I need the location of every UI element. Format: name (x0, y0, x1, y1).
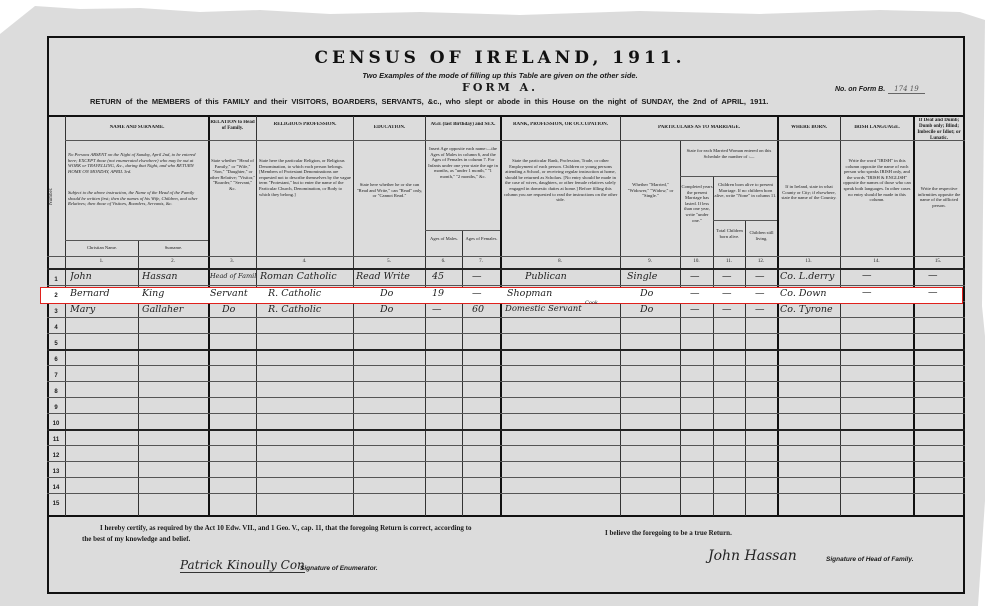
head-of-family-signature: John Hassan (708, 548, 797, 564)
name-instructions-1: No Persons ABSENT on the Night of Sunday… (68, 152, 206, 174)
form-title: CENSUS OF IRELAND, 1911. (0, 48, 1000, 68)
row1-irish: — (862, 270, 902, 281)
row2-age-female: — (472, 288, 498, 299)
col-divider (620, 116, 621, 516)
married-woman-instructions: State for each Married Woman entered on … (681, 148, 777, 159)
where-born-instructions: If in Ireland, state in what County or C… (780, 184, 838, 201)
form-b-number: No. on Form B.174 19 (835, 85, 925, 93)
row3-total: — (722, 304, 744, 315)
col-divider (353, 116, 354, 516)
row-number: 14 (47, 485, 65, 491)
age-females-header: Ages of Females. (463, 236, 500, 242)
enumerator-signature-label: Signature of Enumerator. (300, 565, 378, 572)
col-divider (840, 116, 841, 516)
col-divider (462, 230, 463, 516)
row3-relation: Do (222, 304, 256, 315)
row3-living: — (755, 304, 777, 315)
row1-total: — (722, 271, 744, 282)
row2-years: — (690, 288, 712, 299)
age-header: AGE (last Birthday) and SEX. (426, 122, 500, 128)
where-born-header: WHERE BORN. (778, 125, 840, 131)
col-divider (713, 176, 714, 516)
col-divider (138, 240, 139, 516)
relation-header: RELATION to Head of Family. (209, 120, 256, 132)
relation-instructions: State whether "Head of Family," or "Wife… (209, 158, 256, 192)
row-number: 15 (47, 501, 65, 507)
header-divider (680, 176, 777, 177)
row-number: 5 (47, 341, 65, 347)
row2-irish: — (862, 287, 902, 298)
enumerator-certification: I hereby certify, as required by the Act… (82, 523, 472, 545)
marriage-header: PARTICULARS AS TO MARRIAGE. (621, 125, 777, 131)
marriage-instructions: Whether "Married," "Widower," "Widow," o… (621, 182, 680, 199)
irish-header: IRISH LANGUAGE. (841, 125, 913, 131)
row1-surname: Hassan (142, 271, 206, 282)
christian-name-header: Christian Name. (66, 245, 138, 251)
row2-relation: Servant (210, 288, 256, 299)
row3-education: Do (380, 304, 424, 315)
header-bottom (47, 268, 965, 270)
row-number: 3 (47, 309, 65, 315)
row-number: 11 (47, 437, 65, 443)
religion-instructions: State here the particular Religion, or R… (259, 158, 351, 197)
occupation-instructions: State the particular Rank, Profession, T… (503, 158, 618, 203)
row3-occupation-note: Cook (585, 300, 615, 306)
infirmity-instructions: Write the respective infirmities opposit… (915, 186, 963, 208)
row-number: 4 (47, 325, 65, 331)
education-instructions: State here whether he or she can "Read a… (356, 182, 423, 199)
row1-education: Read Write (356, 271, 424, 282)
row-number: 6 (47, 357, 65, 363)
name-header: NAME AND SURNAME. (66, 125, 208, 131)
age-males-header: Ages of Males. (426, 236, 462, 242)
header-divider (713, 220, 777, 221)
header-divider (47, 256, 965, 257)
row1-marriage: Single (627, 271, 679, 282)
row2-born: Co. Down (780, 288, 839, 299)
col-divider (777, 116, 779, 516)
form-subtitle: Two Examples of the mode of filling up t… (0, 71, 1000, 80)
row1-religion: Roman Catholic (260, 271, 352, 282)
children-living-header: Children still living. (746, 230, 777, 241)
col-divider (256, 116, 257, 516)
row1-occupation: Publican (525, 271, 619, 282)
row-number: 10 (47, 421, 65, 427)
children-born-header: Children born alive to present Marriage.… (714, 182, 777, 199)
row3-age-male: — (432, 304, 460, 315)
row2-religion: R. Catholic (268, 288, 352, 299)
head-of-family-signature-label: Signature of Head of Family. (826, 556, 914, 563)
row2-education: Do (380, 288, 424, 299)
row2-surname: King (142, 288, 206, 299)
col-divider (913, 116, 915, 516)
infirmity-header: If Deaf and Dumb; Dumb only; Blind; Imbe… (914, 118, 964, 142)
row1-living: — (755, 271, 777, 282)
age-instructions: Insert Age opposite each name:—the Ages … (427, 146, 499, 180)
education-header: EDUCATION. (354, 125, 425, 131)
row2-occupation: Shopman (507, 288, 619, 299)
header-divider (425, 230, 500, 231)
row1-age-male: 45 (432, 271, 460, 282)
row3-age-female: 60 (472, 304, 498, 315)
return-line: RETURN of the MEMBERS of this FAMILY and… (90, 97, 768, 106)
row2-marriage: Do (640, 288, 678, 299)
occupation-header: RANK, PROFESSION, OR OCCUPATION. (501, 122, 620, 128)
row-number: 12 (47, 453, 65, 459)
row2-infirm: — (928, 287, 958, 298)
number-column-label: Number. (49, 188, 54, 205)
row2-christian-name: Bernard (70, 288, 136, 299)
row-number: 9 (47, 405, 65, 411)
row3-years: — (690, 304, 712, 315)
form-b-value: 174 19 (888, 85, 925, 94)
row-number: 2 (47, 293, 65, 299)
head-of-family-statement: I believe the foregoing to be a true Ret… (605, 528, 732, 539)
row-number: 8 (47, 389, 65, 395)
header-divider (65, 140, 965, 141)
row1-age-female: — (472, 271, 498, 282)
col-divider (500, 116, 502, 516)
enumerator-signature: Patrick Kinoully Con (180, 558, 305, 573)
row1-years: — (690, 271, 712, 282)
row1-christian-name: John (70, 271, 136, 282)
row-number: 7 (47, 373, 65, 379)
row3-marriage: Do (640, 304, 678, 315)
row3-christian-name: Mary (70, 304, 136, 315)
row2-living: — (755, 288, 777, 299)
years-married-header: Completed years the present Marriage has… (681, 184, 713, 223)
irish-instructions: Write the word "IRISH" in this column op… (843, 158, 911, 203)
row-number: 1 (47, 277, 65, 283)
row2-total: — (722, 288, 744, 299)
name-instructions-2: Subject to the above instruction, the Na… (68, 190, 206, 207)
col-divider (745, 220, 746, 516)
row1-born: Co. L.derry (780, 271, 839, 282)
surname-header: Surname. (139, 245, 208, 251)
col-divider (425, 116, 426, 516)
row1-infirm: — (928, 270, 958, 281)
religion-header: RELIGIOUS PROFESSION. (257, 122, 353, 128)
row3-born: Co. Tyrone (780, 304, 839, 315)
row-number: 13 (47, 469, 65, 475)
col-divider (65, 116, 66, 516)
row3-surname: Gallaher (142, 304, 206, 315)
header-divider (65, 240, 208, 241)
row3-religion: R. Catholic (268, 304, 352, 315)
row1-relation: Head of Family (210, 272, 256, 280)
total-children-header: Total Children born alive. (714, 228, 745, 239)
row2-age-male: 19 (432, 288, 460, 299)
